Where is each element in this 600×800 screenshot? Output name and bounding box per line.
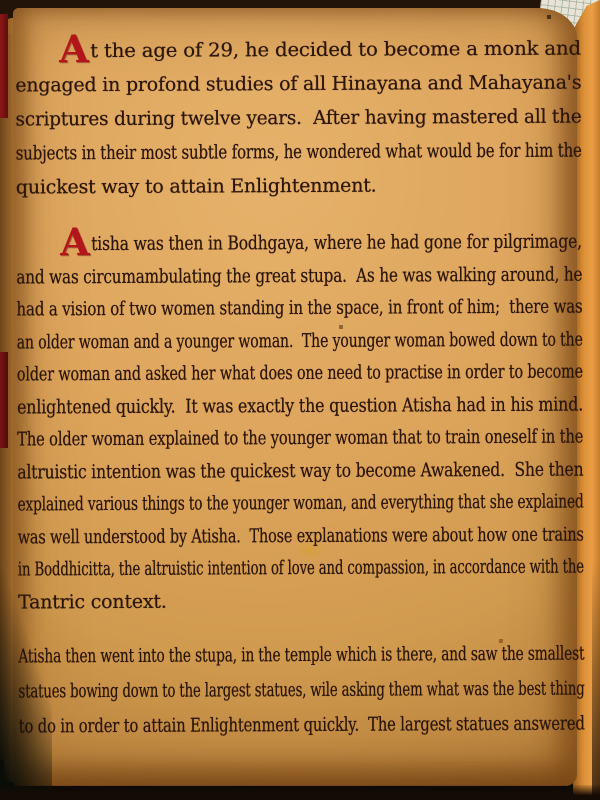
manuscript-photo: At the age of 29, he decided to become a…: [0, 0, 600, 800]
line-text: subjects in their most subtle forms, he …: [16, 134, 582, 171]
text-line: statues bowing down to the largest statu…: [18, 672, 584, 710]
bottom-edge-shadow: [0, 785, 600, 800]
text-line: enlightened quickly. It was exactly the …: [17, 388, 583, 423]
text-line: was well understood by Atisha. Those exp…: [18, 518, 584, 553]
text-line: an older woman and a younger woman. The …: [17, 323, 583, 358]
paragraph-1: At the age of 29, he decided to become a…: [15, 32, 582, 205]
text-line: older woman and asked her what does one …: [17, 356, 583, 391]
line-text: enlightened quickly. It was exactly the …: [17, 388, 583, 423]
bottom-left-shadow: [0, 550, 52, 800]
text-line: engaged in profond studies of all Hinaya…: [15, 66, 581, 103]
line-text: statues bowing down to the largest statu…: [18, 672, 584, 710]
line-text: and was circumambulating the great stupa…: [16, 258, 582, 293]
manuscript-text: At the age of 29, he decided to become a…: [15, 0, 585, 800]
line-text: quickest way to attain Enlightenment.: [16, 169, 377, 205]
text-line: quickest way to attain Enlightenment.: [16, 168, 582, 205]
text-line: At the age of 29, he decided to become a…: [15, 32, 581, 69]
right-edge-shadow: [592, 560, 600, 800]
text-line: had a vision of two women standing in th…: [16, 291, 582, 326]
book-cover-edge: [0, 352, 8, 448]
text-line: subjects in their most subtle forms, he …: [16, 134, 582, 171]
line-text: an older woman and a younger woman. The …: [17, 323, 583, 358]
line-text: altruistic intention was the quickest wa…: [17, 453, 583, 488]
paragraph-2: Atisha was then in Bodhgaya, where he ha…: [16, 226, 584, 619]
line-text: tisha was then in Bodhgaya, where he had…: [91, 226, 582, 261]
text-line: The older woman explained to the younger…: [17, 421, 583, 456]
book-cover-edge: [0, 14, 8, 118]
paragraph-3: Atisha then went into the stupa, in the …: [18, 637, 585, 745]
text-line: explained various things to the younger …: [17, 486, 583, 521]
text-line: Atisha then went into the stupa, in the …: [18, 637, 584, 675]
text-line: Atisha was then in Bodhgaya, where he ha…: [16, 226, 582, 261]
text-line: altruistic intention was the quickest wa…: [17, 453, 583, 488]
paper-specks: [0, 0, 2, 2]
line-text: explained various things to the younger …: [17, 486, 583, 521]
line-text: Atisha then went into the stupa, in the …: [18, 637, 584, 675]
line-text: had a vision of two women standing in th…: [16, 291, 582, 326]
line-text: scriptures during twelve years. After ha…: [15, 100, 581, 137]
text-line: in Boddhicitta, the altruistic intention…: [18, 551, 584, 586]
text-line: Tantric context.: [18, 583, 584, 618]
text-line: and was circumambulating the great stupa…: [16, 258, 582, 293]
line-text: was well understood by Atisha. Those exp…: [18, 518, 584, 553]
line-text: in Boddhicitta, the altruistic intention…: [18, 551, 584, 586]
line-text: to do in order to attain Enlightenment q…: [19, 707, 585, 745]
text-line: to do in order to attain Enlightenment q…: [19, 707, 585, 745]
line-text: t the age of 29, he decided to become a …: [90, 32, 581, 69]
line-text: engaged in profond studies of all Hinaya…: [15, 66, 581, 103]
text-line: scriptures during twelve years. After ha…: [15, 100, 581, 137]
line-text: older woman and asked her what does one …: [17, 356, 583, 391]
line-text: The older woman explained to the younger…: [17, 421, 583, 456]
